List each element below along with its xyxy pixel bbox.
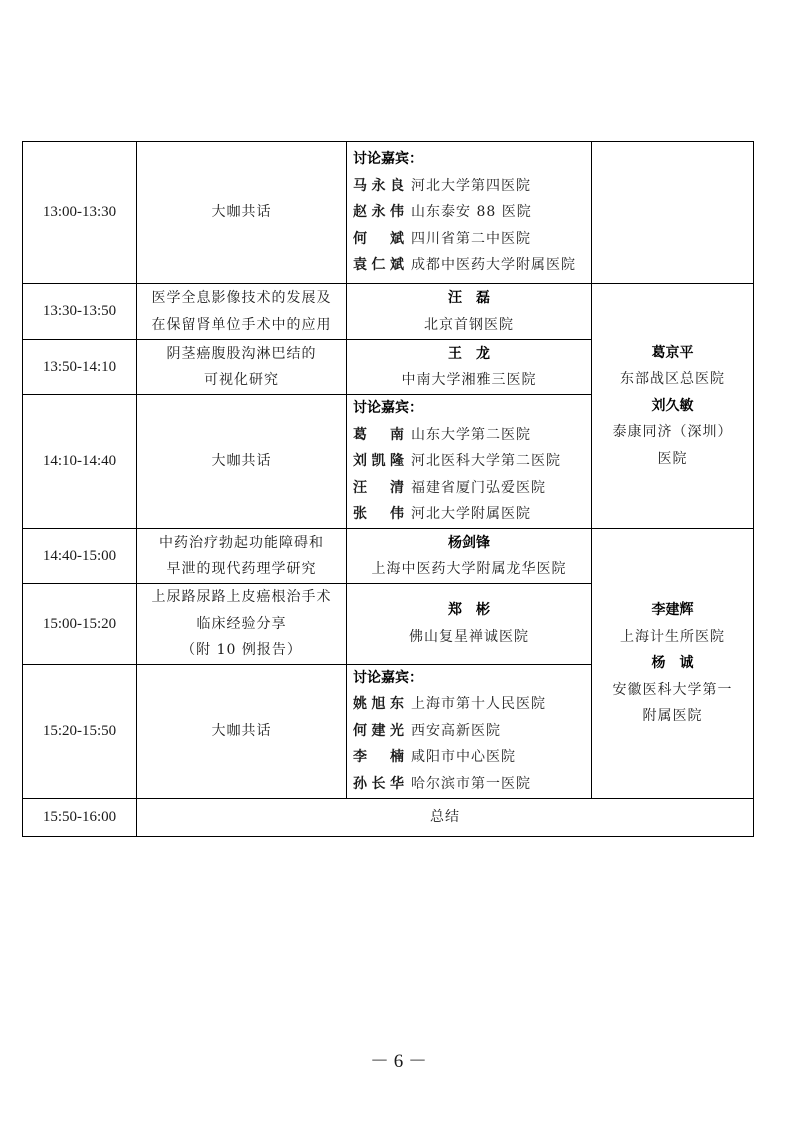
speaker-cell: 讨论嘉宾： 姚旭东上海市第十人民医院 何建光西安高新医院 李 楠咸阳市中心医院 … [347,664,592,798]
table-row: 14:40-15:00 中药治疗勃起功能障碍和 早泄的现代药理学研究 杨剑锋 上… [23,529,754,584]
time-cell: 13:30-13:50 [23,284,137,340]
speaker-cell: 杨剑锋 上海中医药大学附属龙华医院 [347,529,592,584]
guest-name: 张 伟 [353,501,405,528]
chair-org: 泰康同济（深圳） [592,419,753,446]
speaker-name: 杨剑锋 [347,530,591,557]
guest-name: 汪 清 [353,475,405,502]
guest-name: 何建光 [353,718,405,745]
guest-org: 上海市第十人民医院 [411,696,546,712]
table-row: 15:50-16:00 总结 [23,798,754,836]
guests-header: 讨论嘉宾： [353,146,591,173]
speaker-cell: 讨论嘉宾： 马永良河北大学第四医院 赵永伟山东泰安 88 医院 何 斌四川省第二… [347,142,592,284]
guest-org: 河北医科大学第二医院 [411,453,561,469]
topic-cell: 大咖共话 [137,664,347,798]
chair-cell: 葛京平 东部战区总医院 刘久敏 泰康同济（深圳） 医院 [592,284,754,529]
guest-org: 河北大学第四医院 [411,178,531,194]
chair-cell: 李建辉 上海计生所医院 杨 诚 安徽医科大学第一 附属医院 [592,529,754,799]
topic-cell: 大咖共话 [137,395,347,529]
guest-name: 李 楠 [353,744,405,771]
topic-cell: 大咖共话 [137,142,347,284]
speaker-org: 佛山复星禅诚医院 [347,624,591,651]
topic-cell: 医学全息影像技术的发展及 在保留肾单位手术中的应用 [137,284,347,340]
guest-name: 何 斌 [353,226,405,253]
guest-name: 孙长华 [353,771,405,798]
guests-header: 讨论嘉宾： [353,665,591,692]
chair-org: 安徽医科大学第一 [592,677,753,704]
summary-cell: 总结 [137,798,754,836]
speaker-name: 汪 磊 [347,285,591,312]
topic-cell: 上尿路尿路上皮癌根治手术 临床经验分享 （附 10 例报告） [137,584,347,665]
speaker-org: 中南大学湘雅三医院 [347,367,591,394]
guest-name: 马永良 [353,173,405,200]
time-cell: 13:50-14:10 [23,340,137,395]
speaker-org: 上海中医药大学附属龙华医院 [347,556,591,583]
chair-org: 附属医院 [592,703,753,730]
chair-org: 东部战区总医院 [592,366,753,393]
time-cell: 15:50-16:00 [23,798,137,836]
guest-org: 哈尔滨市第一医院 [411,776,531,792]
chair-name: 葛京平 [592,340,753,367]
time-cell: 15:20-15:50 [23,664,137,798]
guest-org: 西安高新医院 [411,723,501,739]
topic-line: 在保留肾单位手术中的应用 [137,312,346,339]
speaker-org: 北京首钢医院 [347,312,591,339]
guest-org: 四川省第二中医院 [411,231,531,247]
guest-org: 河北大学附属医院 [411,506,531,522]
table-row: 13:30-13:50 医学全息影像技术的发展及 在保留肾单位手术中的应用 汪 … [23,284,754,340]
topic-cell: 中药治疗勃起功能障碍和 早泄的现代药理学研究 [137,529,347,584]
guest-org: 山东大学第二医院 [411,427,531,443]
topic-line: 医学全息影像技术的发展及 [137,285,346,312]
speaker-cell: 郑 彬 佛山复星禅诚医院 [347,584,592,665]
schedule-table: 13:00-13:30 大咖共话 讨论嘉宾： 马永良河北大学第四医院 赵永伟山东… [22,141,754,837]
topic-line: 临床经验分享 [137,611,346,638]
guest-name: 姚旭东 [353,691,405,718]
chair-name: 刘久敏 [592,393,753,420]
chair-org: 上海计生所医院 [592,624,753,651]
chair-name: 杨 诚 [592,650,753,677]
speaker-cell: 汪 磊 北京首钢医院 [347,284,592,340]
speaker-name: 郑 彬 [347,597,591,624]
speaker-name: 王 龙 [347,341,591,368]
topic-cell: 阴茎癌腹股沟淋巴结的 可视化研究 [137,340,347,395]
time-cell: 14:40-15:00 [23,529,137,584]
topic-line: 阴茎癌腹股沟淋巴结的 [137,341,346,368]
guest-name: 刘凯隆 [353,448,405,475]
guest-org: 成都中医药大学附属医院 [411,257,576,273]
guest-name: 葛 南 [353,422,405,449]
guest-name: 袁仁斌 [353,252,405,279]
speaker-cell: 王 龙 中南大学湘雅三医院 [347,340,592,395]
topic-line: 早泄的现代药理学研究 [137,556,346,583]
guest-name: 赵永伟 [353,199,405,226]
page-number: － 6 － [0,1046,797,1073]
time-cell: 13:00-13:30 [23,142,137,284]
speaker-cell: 讨论嘉宾： 葛 南山东大学第二医院 刘凯隆河北医科大学第二医院 汪 清福建省厦门… [347,395,592,529]
document-page: 13:00-13:30 大咖共话 讨论嘉宾： 马永良河北大学第四医院 赵永伟山东… [0,0,797,1123]
time-cell: 15:00-15:20 [23,584,137,665]
topic-line: 可视化研究 [137,367,346,394]
guest-org: 福建省厦门弘爱医院 [411,480,546,496]
chair-org: 医院 [592,446,753,473]
time-cell: 14:10-14:40 [23,395,137,529]
guest-org: 咸阳市中心医院 [411,749,516,765]
guests-header: 讨论嘉宾： [353,395,591,422]
guest-org: 山东泰安 88 医院 [411,204,532,220]
chair-name: 李建辉 [592,597,753,624]
table-row: 13:00-13:30 大咖共话 讨论嘉宾： 马永良河北大学第四医院 赵永伟山东… [23,142,754,284]
topic-line: （附 10 例报告） [137,637,346,664]
topic-line: 中药治疗勃起功能障碍和 [137,530,346,557]
topic-line: 上尿路尿路上皮癌根治手术 [137,584,346,611]
chair-cell-empty [592,142,754,284]
